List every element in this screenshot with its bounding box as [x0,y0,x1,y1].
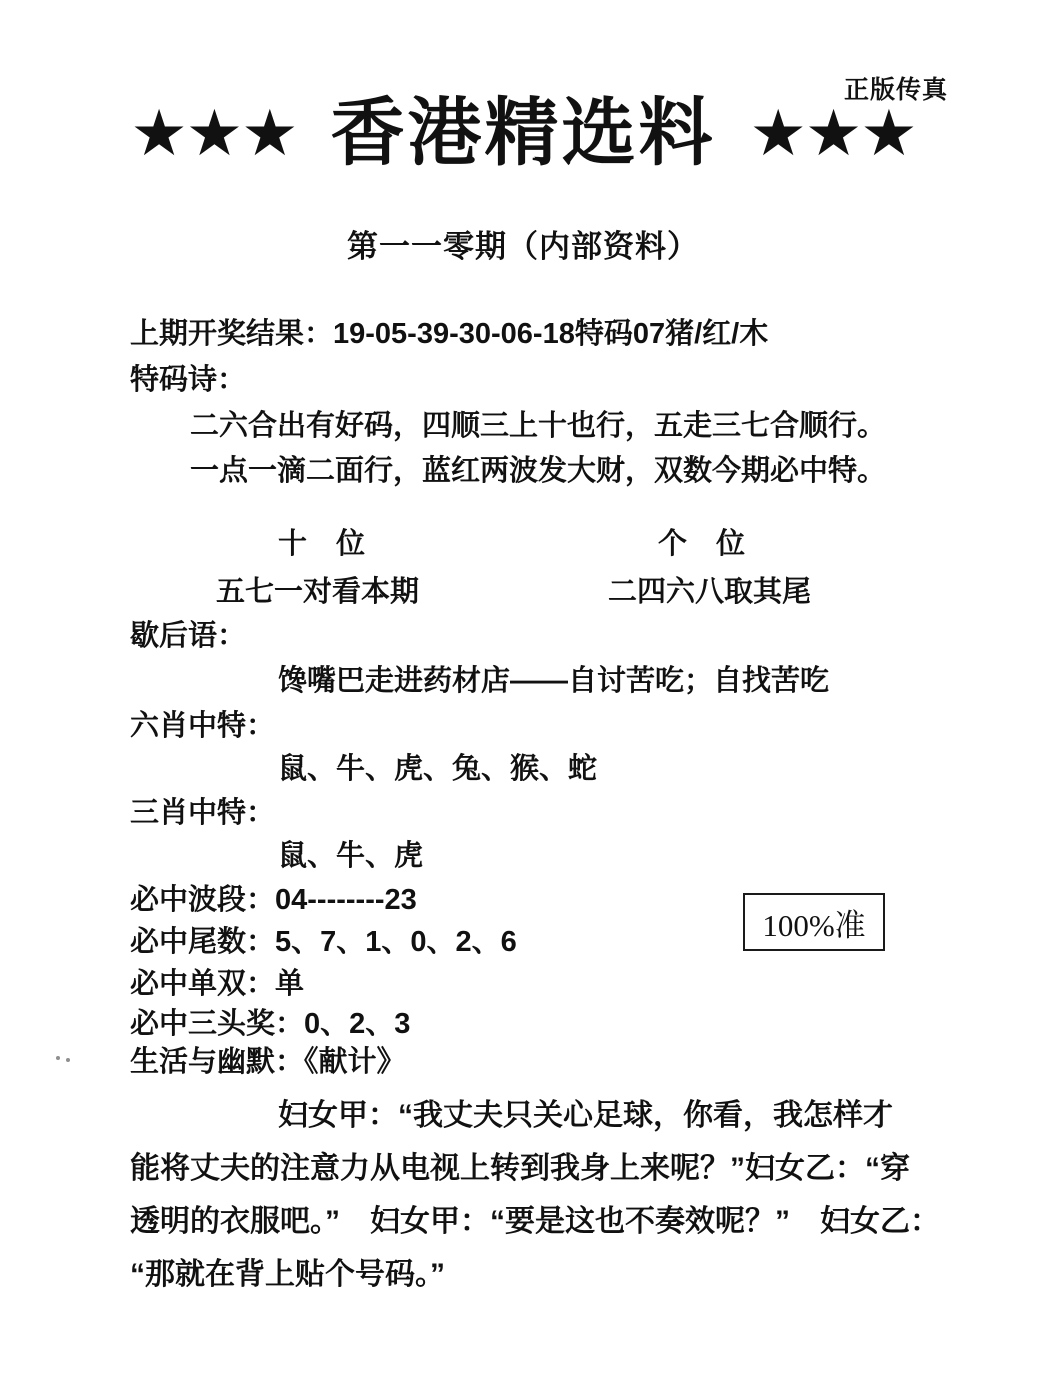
three-zodiac-label: 三肖中特： [130,795,275,831]
scan-speck-artifact [56,1056,60,1060]
poem-line: 一点一滴二面行，蓝红两波发大财，双数今期必中特。 [190,453,886,489]
scan-speck-artifact [66,1058,70,1062]
fax-document-page: 正版传真 ★★★ 香港精选料 ★★★ 第一一零期（内部资料） 上期开奖结果：19… [0,0,1046,1388]
humor-text-line: 能将丈夫的注意力从电视上转到我身上来呢？”妇女乙：“穿 [130,1151,910,1187]
accuracy-badge-text: 100%准 [762,900,865,945]
six-zodiac-values: 鼠、牛、虎、兔、猴、蛇 [278,751,597,787]
six-zodiac-label: 六肖中特： [130,708,275,744]
three-zodiac-values: 鼠、牛、虎 [278,838,423,874]
humor-text-line: 妇女甲：“我丈夫只关心足球，你看，我怎样才 [278,1098,893,1134]
title-row: ★★★ 香港精选料 ★★★ [0,96,1046,170]
humor-text-line: 透明的衣服吧。” 妇女甲：“要是这也不奏效呢？” 妇女乙： [130,1204,940,1240]
last-draw-result: 上期开奖结果：19-05-39-30-06-18特码07猪/红/木 [130,316,768,352]
ones-column-hint: 二四六八取其尾 [608,574,811,610]
stars-right-icon: ★★★ [750,101,916,165]
humor-text-line: “那就在背上贴个号码。” [130,1257,445,1293]
issue-subtitle: 第一一零期（内部资料） [0,221,1046,266]
stars-left-icon: ★★★ [130,101,296,165]
humor-title-line: 生活与幽默：《献计》 [130,1044,406,1080]
tens-column-hint: 五七一对看本期 [216,574,419,610]
accuracy-badge: 100%准 [743,893,885,951]
tens-column-header: 十 位 [278,526,365,562]
three-head-line: 必中三头奖：0、2、3 [130,1006,410,1042]
wave-range-line: 必中波段：04--------23 [130,882,417,918]
xiehouyu-text: 馋嘴巴走进药材店——自讨苦吃；自找苦吃 [278,663,829,699]
special-code-poem-label: 特码诗： [130,362,246,398]
tail-numbers-line: 必中尾数：5、7、1、0、2、6 [130,924,517,960]
poem-line: 二六合出有好码，四顺三上十也行，五走三七合顺行。 [190,408,886,444]
page-title: 香港精选料 [331,96,716,170]
xiehouyu-label: 歇后语： [130,618,246,654]
ones-column-header: 个 位 [658,526,745,562]
odd-even-line: 必中单双：单 [130,966,304,1002]
